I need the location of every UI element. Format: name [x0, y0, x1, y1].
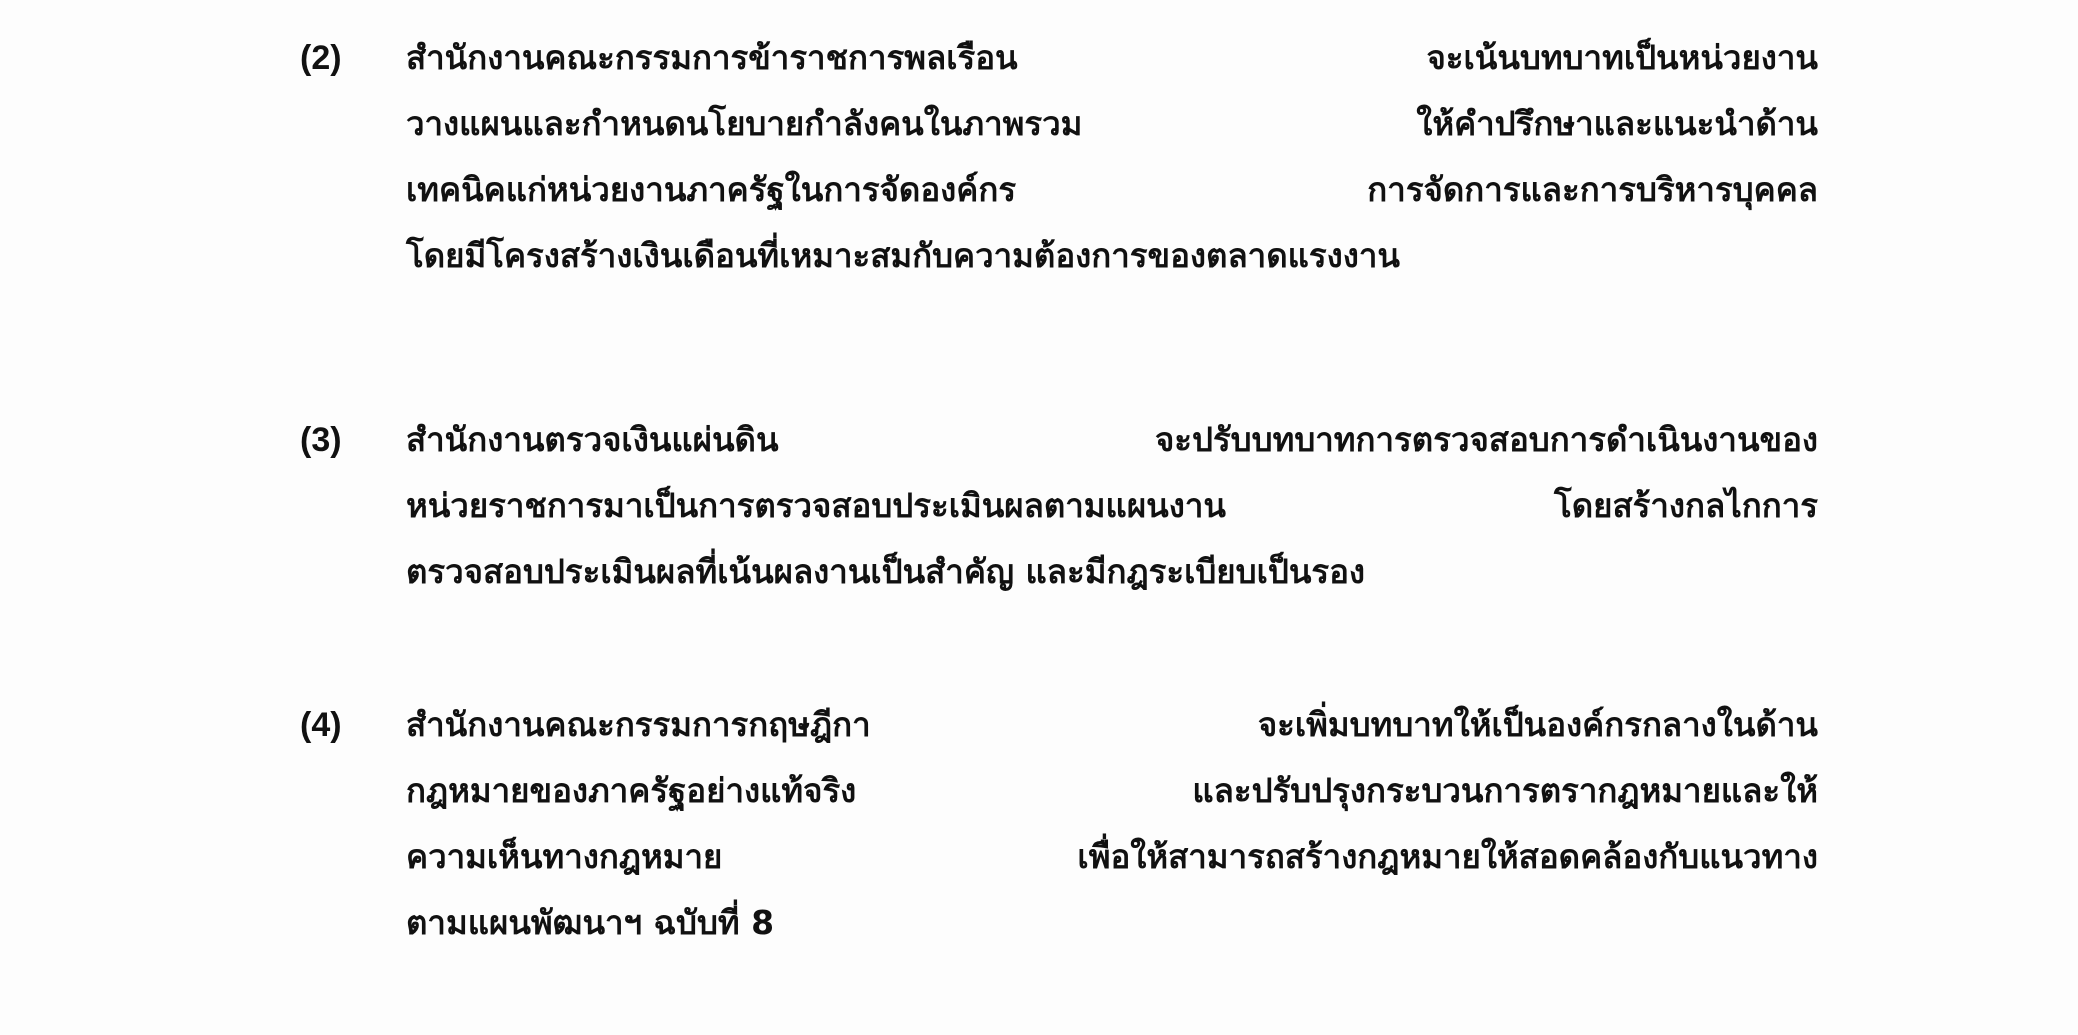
item-body: สำนักงานคณะกรรมการข้าราชการพลเรือน จะเน้…: [406, 30, 1818, 294]
item-first-line: สำนักงานคณะกรรมการกฤษฎีกา จะเพิ่มบทบาทให…: [406, 697, 1818, 763]
item-text-line: หน่วยราชการมาเป็นการตรวจสอบประเมินผลตามแ…: [406, 478, 1818, 544]
agency-name: สำนักงานคณะกรรมการข้าราชการพลเรือน: [406, 30, 1018, 96]
agency-name: สำนักงานคณะกรรมการกฤษฎีกา: [406, 697, 871, 763]
item-text-line: จะปรับบทบาทการตรวจสอบการดำเนินงานของ: [1155, 412, 1818, 478]
item-text-line: จะเน้นบทบาทเป็นหน่วยงาน: [1426, 30, 1818, 96]
item-text-line: ตรวจสอบประเมินผลที่เน้นผลงานเป็นสำคัญ แล…: [406, 544, 1818, 610]
item-number: (4): [300, 697, 400, 753]
item-first-line: สำนักงานคณะกรรมการข้าราชการพลเรือน จะเน้…: [406, 30, 1818, 96]
item-first-line: สำนักงานตรวจเงินแผ่นดิน จะปรับบทบาทการตร…: [406, 412, 1818, 478]
item-text-line: วางแผนและกำหนดนโยบายกำลังคนในภาพรวม ให้ค…: [406, 96, 1818, 162]
item-body: สำนักงานตรวจเงินแผ่นดิน จะปรับบทบาทการตร…: [406, 412, 1818, 610]
item-number: (2): [300, 30, 400, 86]
item-text-line: จะเพิ่มบทบาทให้เป็นองค์กรกลางในด้าน: [1258, 697, 1818, 763]
item-text-line: เทคนิคแก่หน่วยงานภาครัฐในการจัดองค์กร กา…: [406, 162, 1818, 228]
item-body: สำนักงานคณะกรรมการกฤษฎีกา จะเพิ่มบทบาทให…: [406, 697, 1818, 961]
item-text-line: ตามแผนพัฒนาฯ ฉบับที่ 8: [406, 895, 1818, 961]
agency-name: สำนักงานตรวจเงินแผ่นดิน: [406, 412, 779, 478]
document-page: (2) สำนักงานคณะกรรมการข้าราชการพลเรือน จ…: [0, 0, 2078, 1035]
item-number: (3): [300, 412, 400, 468]
item-text-line: ความเห็นทางกฎหมาย เพื่อให้สามารถสร้างกฎห…: [406, 829, 1818, 895]
item-text-line: โดยมีโครงสร้างเงินเดือนที่เหมาะสมกับความ…: [406, 228, 1818, 294]
item-text-line: กฎหมายของภาครัฐอย่างแท้จริง และปรับปรุงก…: [406, 763, 1818, 829]
